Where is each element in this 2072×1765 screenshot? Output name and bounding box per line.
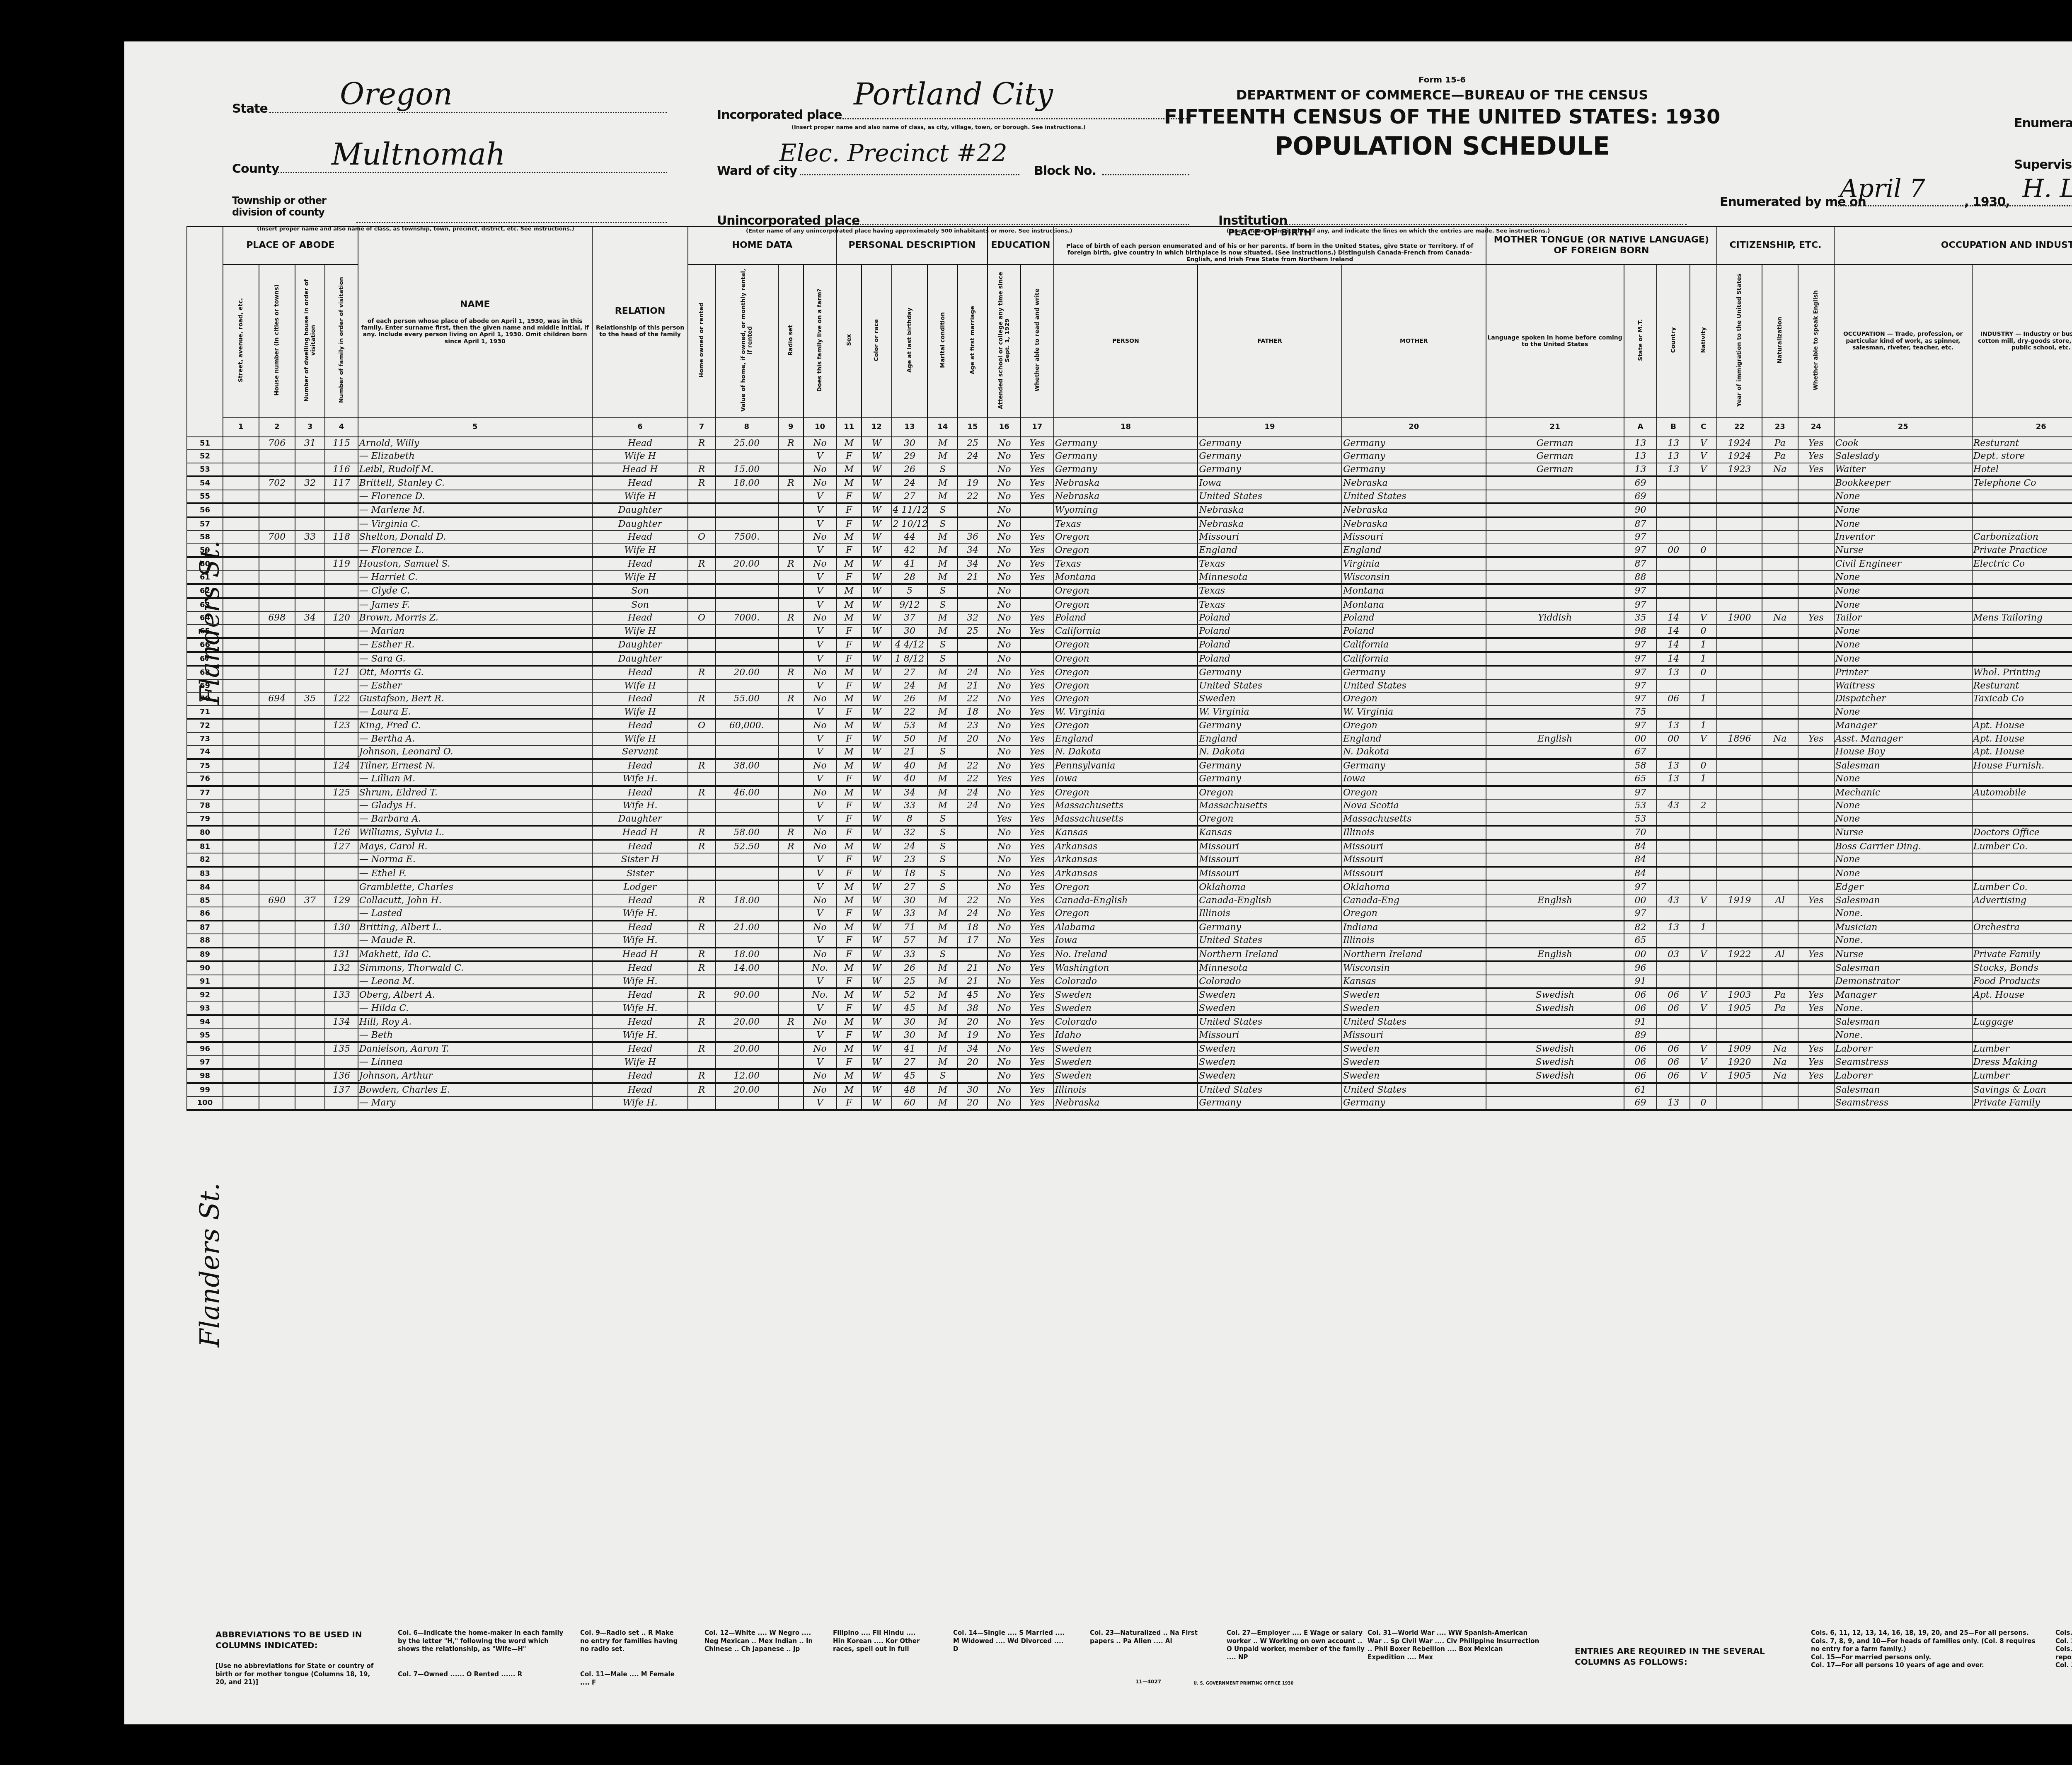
entries-left: Cols. 6, 11, 12, 13, 14, 16, 18, 19, 20,… [1811, 1629, 2043, 1670]
cell-farm: No [804, 921, 837, 934]
table-row: 99137Bowden, Charles E.HeadR20.00NoMW48M… [187, 1083, 2072, 1097]
cell-rw: Yes [1021, 1056, 1054, 1069]
cell-farm: V [804, 1096, 837, 1110]
cell-race: W [862, 490, 891, 504]
cell-bp: Wyoming [1054, 503, 1198, 517]
cell-age: 27 [892, 880, 928, 894]
cell-own [688, 745, 715, 759]
cell-st [223, 907, 259, 921]
cell-ind: Doctors Office [1972, 826, 2072, 840]
cell-val [715, 1096, 778, 1110]
cell-fbp: Germany [1198, 921, 1342, 934]
cell-rel: Head [592, 786, 688, 800]
cell-house [259, 1029, 295, 1043]
cell-radio: R [778, 692, 804, 706]
cell-dw [295, 1015, 325, 1029]
cell-sch: No [988, 853, 1021, 867]
cell-fbp: N. Dakota [1198, 745, 1342, 759]
cell-own: O [688, 531, 715, 544]
cell-fm [958, 598, 988, 612]
cell-lang [1486, 719, 1624, 732]
table-row: 79— Barbara A.DaughterVFW8SYesYesMassach… [187, 812, 2072, 826]
cell-b [1657, 907, 1690, 921]
cell-st [223, 772, 259, 786]
cell-lang [1486, 1015, 1624, 1029]
cell-dw: 31 [295, 437, 325, 450]
cell-mbp: Oregon [1342, 692, 1486, 706]
cell-lang [1486, 652, 1624, 666]
cell-mbp: Germany [1342, 450, 1486, 463]
cell-farm: No [804, 476, 837, 490]
cell-occ: Nurse [1834, 544, 1972, 558]
table-row: 95— BethWife H.VFW30M19NoYesIdahoMissour… [187, 1029, 2072, 1043]
cell-mar: M [927, 719, 957, 732]
cell-rw: Yes [1021, 692, 1054, 706]
cell-fam [325, 880, 358, 894]
township-line [356, 222, 667, 223]
cell-rw: Yes [1021, 867, 1054, 881]
cell-name: — Mary [358, 1096, 592, 1110]
cell-c: 0 [1690, 544, 1717, 558]
table-row: 55— Florence D.Wife HVFW27M22NoYesNebras… [187, 490, 2072, 504]
cell-occ: None [1834, 598, 1972, 612]
cell-lang [1486, 921, 1624, 934]
cell-a: 06 [1624, 1042, 1657, 1056]
line-number: 70 [187, 692, 223, 706]
col-person-birth-header: PERSON [1054, 264, 1198, 418]
cell-fam [325, 598, 358, 612]
cell-race: W [862, 745, 891, 759]
cell-fam: 131 [325, 948, 358, 962]
cell-sch: No [988, 907, 1021, 921]
cell-fm: 21 [958, 679, 988, 693]
cell-occ: Laborer [1834, 1042, 1972, 1056]
cell-mar: M [927, 1029, 957, 1043]
cell-name: Hill, Roy A. [358, 1015, 592, 1029]
cell-fam: 136 [325, 1069, 358, 1083]
cell-radio [778, 921, 804, 934]
department: DEPARTMENT OF COMMERCE—BUREAU OF THE CEN… [1111, 87, 1774, 103]
cell-name: Brittell, Stanley C. [358, 476, 592, 490]
cell-sch: No [988, 826, 1021, 840]
col-first-marriage-header: Age at first marriage [958, 264, 988, 418]
table-row: 60119Houston, Samuel S.HeadR20.00RNoMW41… [187, 557, 2072, 571]
cell-sex: F [836, 907, 862, 921]
cell-sex: F [836, 679, 862, 693]
cell-b: 13 [1657, 772, 1690, 786]
cell-own: R [688, 948, 715, 962]
cell-fam [325, 812, 358, 826]
cell-rw: Yes [1021, 840, 1054, 853]
line-number: 65 [187, 625, 223, 638]
cell-fam [325, 584, 358, 598]
cell-rw: Yes [1021, 1069, 1054, 1083]
cell-mbp: Kansas [1342, 975, 1486, 989]
cell-nat [1762, 1015, 1798, 1029]
cell-val: 15.00 [715, 463, 778, 477]
cell-own [688, 1002, 715, 1016]
cell-fbp: Poland [1198, 611, 1342, 625]
cell-imm: 1909 [1717, 1042, 1762, 1056]
cell-rel: Head [592, 840, 688, 853]
cell-b [1657, 598, 1690, 612]
cell-mar: M [927, 531, 957, 544]
cell-lang [1486, 490, 1624, 504]
cell-house [259, 625, 295, 638]
cell-imm [1717, 666, 1762, 679]
enumerator-name: H. Leora Sidwell [2022, 174, 2072, 203]
col-family-header: Number of family in order of visitation [325, 264, 358, 418]
col-code-a-label: State or M.T. [1637, 319, 1644, 361]
line-number: 60 [187, 557, 223, 571]
cell-own [688, 450, 715, 463]
cell-sex: F [836, 1002, 862, 1016]
cell-mar: M [927, 1042, 957, 1056]
line-number: 80 [187, 826, 223, 840]
cell-val: 12.00 [715, 1069, 778, 1083]
column-number: 3 [295, 418, 325, 437]
cell-farm: No [804, 826, 837, 840]
cell-mar: M [927, 1096, 957, 1110]
cell-own: R [688, 1083, 715, 1097]
line-number: 81 [187, 840, 223, 853]
cell-rel: Daughter [592, 812, 688, 826]
cell-eng [1798, 745, 1834, 759]
cell-own: R [688, 826, 715, 840]
cell-sch: No [988, 490, 1021, 504]
cell-st [223, 961, 259, 975]
cell-dw [295, 961, 325, 975]
cell-sch: No [988, 1056, 1021, 1069]
cell-sch: No [988, 934, 1021, 948]
cell-radio [778, 907, 804, 921]
cell-fm: 22 [958, 894, 988, 907]
state-value: Oregon [340, 77, 453, 112]
cell-ind [1972, 1029, 2072, 1043]
cell-dw: 37 [295, 894, 325, 907]
cell-val [715, 907, 778, 921]
cell-rw: Yes [1021, 1002, 1054, 1016]
cell-nat [1762, 625, 1798, 638]
cell-st [223, 706, 259, 719]
cell-nat [1762, 652, 1798, 666]
cell-a: 69 [1624, 1096, 1657, 1110]
cell-imm: 1905 [1717, 1002, 1762, 1016]
cell-ind: Lumber Co. [1972, 840, 2072, 853]
line-number: 51 [187, 437, 223, 450]
cell-age: 26 [892, 961, 928, 975]
cell-radio [778, 503, 804, 517]
cell-lang [1486, 571, 1624, 584]
cell-eng: Yes [1798, 437, 1834, 450]
cell-fam [325, 1096, 358, 1110]
line-number: 79 [187, 812, 223, 826]
table-row: 68121Ott, Morris G.HeadR20.00RNoMW27M24N… [187, 666, 2072, 679]
cell-house [259, 745, 295, 759]
cell-mbp: Nebraska [1342, 503, 1486, 517]
cell-age: 71 [892, 921, 928, 934]
cell-lang [1486, 557, 1624, 571]
cell-radio [778, 638, 804, 652]
cell-sex: M [836, 1015, 862, 1029]
cell-mbp: Germany [1342, 1096, 1486, 1110]
birth-note: Place of birth of each person enumerated… [1055, 243, 1485, 263]
cell-age: 27 [892, 490, 928, 504]
cell-fam [325, 679, 358, 693]
cell-imm [1717, 679, 1762, 693]
cell-a: 58 [1624, 759, 1657, 773]
cell-farm: V [804, 1056, 837, 1069]
cell-c: V [1690, 463, 1717, 477]
cell-radio [778, 961, 804, 975]
cell-radio [778, 531, 804, 544]
cell-dw [295, 1002, 325, 1016]
cell-dw [295, 772, 325, 786]
cell-a: 91 [1624, 1015, 1657, 1029]
cell-dw [295, 1056, 325, 1069]
column-number: 23 [1762, 418, 1798, 437]
cell-house [259, 584, 295, 598]
cell-b [1657, 503, 1690, 517]
cell-bp: Iowa [1054, 772, 1198, 786]
cell-occ: None [1834, 812, 1972, 826]
line-number: 95 [187, 1029, 223, 1043]
cell-own [688, 679, 715, 693]
cell-bp: Washington [1054, 961, 1198, 975]
cell-dw [295, 826, 325, 840]
cell-nat [1762, 719, 1798, 732]
cell-age: 27 [892, 666, 928, 679]
entries-1: Cols. 6, 11, 12, 13, 14, 16, 18, 19, 20,… [1811, 1629, 2043, 1637]
cell-nat [1762, 1096, 1798, 1110]
cell-eng [1798, 975, 1834, 989]
cell-mar: S [927, 853, 957, 867]
cell-dw [295, 934, 325, 948]
cell-own: R [688, 840, 715, 853]
cell-ind [1972, 853, 2072, 867]
cell-fbp: Sweden [1198, 1069, 1342, 1083]
cell-c [1690, 517, 1717, 531]
cell-rel: Wife H [592, 625, 688, 638]
cell-race: W [862, 611, 891, 625]
cell-a: 13 [1624, 463, 1657, 477]
cell-ind [1972, 867, 2072, 881]
cell-mbp: Wisconsin [1342, 961, 1486, 975]
cell-b: 13 [1657, 719, 1690, 732]
group-place-of-birth: PLACE OF BIRTHPlace of birth of each per… [1054, 226, 1486, 264]
cell-radio [778, 786, 804, 800]
cell-nat [1762, 598, 1798, 612]
cell-val [715, 1029, 778, 1043]
cell-rw: Yes [1021, 1042, 1054, 1056]
cell-occ: Seamstress [1834, 1056, 1972, 1069]
cell-imm [1717, 706, 1762, 719]
cell-race: W [862, 880, 891, 894]
cell-fm: 23 [958, 719, 988, 732]
cell-mar: M [927, 1015, 957, 1029]
cell-a: 65 [1624, 934, 1657, 948]
cell-fam [325, 934, 358, 948]
cell-race: W [862, 732, 891, 746]
cell-ind: Orchestra [1972, 921, 2072, 934]
cell-mar: M [927, 786, 957, 800]
cell-mbp: Germany [1342, 759, 1486, 773]
cell-race: W [862, 1042, 891, 1056]
cell-fm: 17 [958, 934, 988, 948]
cell-mar: M [927, 476, 957, 490]
cell-c [1690, 853, 1717, 867]
cell-dw [295, 490, 325, 504]
cell-eng [1798, 1029, 1834, 1043]
cell-val: 52.50 [715, 840, 778, 853]
cell-bp: Nebraska [1054, 1096, 1198, 1110]
cell-b [1657, 476, 1690, 490]
col-first-marriage-label: Age at first marriage [969, 306, 976, 374]
cell-mar: M [927, 571, 957, 584]
cell-mar: M [927, 1002, 957, 1016]
cell-age: 45 [892, 1002, 928, 1016]
cell-rel: Head [592, 961, 688, 975]
cell-imm [1717, 880, 1762, 894]
cell-sex: M [836, 786, 862, 800]
col-father-birth-header: FATHER [1198, 264, 1342, 418]
cell-ind [1972, 625, 2072, 638]
cell-mar: M [927, 907, 957, 921]
cell-sch: No [988, 759, 1021, 773]
cell-sex: F [836, 1029, 862, 1043]
cell-dw [295, 584, 325, 598]
cell-sch: No [988, 666, 1021, 679]
cell-fm: 19 [958, 476, 988, 490]
cell-occ: Laborer [1834, 1069, 1972, 1083]
cell-dw [295, 544, 325, 558]
cell-bp: Oregon [1054, 584, 1198, 598]
cell-st [223, 544, 259, 558]
cell-age: 48 [892, 1083, 928, 1097]
cell-dw [295, 706, 325, 719]
cell-fm: 25 [958, 437, 988, 450]
cell-sch: No [988, 745, 1021, 759]
cell-sch: No [988, 503, 1021, 517]
cell-house [259, 1096, 295, 1110]
cell-house [259, 867, 295, 881]
cell-b: 06 [1657, 1056, 1690, 1069]
cell-mar: M [927, 625, 957, 638]
cell-eng [1798, 880, 1834, 894]
cell-bp: Alabama [1054, 921, 1198, 934]
cell-fam: 129 [325, 894, 358, 907]
cell-lang: English [1486, 948, 1624, 962]
cell-nat [1762, 1083, 1798, 1097]
cell-val: 14.00 [715, 961, 778, 975]
cell-sch: No [988, 437, 1021, 450]
cell-val [715, 625, 778, 638]
cell-imm [1717, 799, 1762, 812]
cell-farm: No [804, 1015, 837, 1029]
cell-dw [295, 799, 325, 812]
cell-fbp: Texas [1198, 584, 1342, 598]
cell-c [1690, 1083, 1717, 1097]
cell-bp: Massachusetts [1054, 812, 1198, 826]
cell-fam [325, 732, 358, 746]
cell-sch: No [988, 840, 1021, 853]
entries-3: Col. 15—For married persons only. [1811, 1653, 2043, 1662]
cell-ind [1972, 503, 2072, 517]
cell-nat: Na [1762, 611, 1798, 625]
table-row: 88— Maude R.Wife H.VFW57M17NoYesIowaUnit… [187, 934, 2072, 948]
cell-radio [778, 948, 804, 962]
cell-farm: V [804, 679, 837, 693]
column-number-row: 123456789101112131415161718192021ABC2223… [187, 418, 2072, 437]
cell-own: R [688, 786, 715, 800]
cell-house [259, 988, 295, 1002]
cell-ind: Private Family [1972, 948, 2072, 962]
cell-fbp: United States [1198, 1083, 1342, 1097]
line-number: 94 [187, 1015, 223, 1029]
cell-house [259, 706, 295, 719]
cell-fam: 125 [325, 786, 358, 800]
line-number: 69 [187, 679, 223, 693]
cell-val: 7000. [715, 611, 778, 625]
cell-fbp: Sweden [1198, 1042, 1342, 1056]
col-immigration-header: Year of immigration to the United States [1717, 264, 1762, 418]
cell-sex: M [836, 463, 862, 477]
cell-sex: M [836, 557, 862, 571]
cell-lang [1486, 692, 1624, 706]
cell-farm: No [804, 463, 837, 477]
cell-race: W [862, 894, 891, 907]
cell-nat: Na [1762, 463, 1798, 477]
cell-eng [1798, 692, 1834, 706]
table-row: 67— Sara G.DaughterVFW1 8/12SNoOregonPol… [187, 652, 2072, 666]
cell-rel: Wife H [592, 450, 688, 463]
cell-fbp: Oklahoma [1198, 880, 1342, 894]
cell-mbp: Sweden [1342, 1069, 1486, 1083]
cell-b [1657, 961, 1690, 975]
cell-imm [1717, 921, 1762, 934]
cell-lang [1486, 934, 1624, 948]
cell-ind: Apt. House [1972, 745, 2072, 759]
cell-radio [778, 706, 804, 719]
cell-eng: Yes [1798, 988, 1834, 1002]
cell-rel: Head [592, 988, 688, 1002]
cell-sex: M [836, 531, 862, 544]
cell-sch: No [988, 975, 1021, 989]
cell-name: Johnson, Leonard O. [358, 745, 592, 759]
cell-fbp: Massachusetts [1198, 799, 1342, 812]
cell-mbp: United States [1342, 490, 1486, 504]
cell-farm: V [804, 812, 837, 826]
cell-name: Johnson, Arthur [358, 1069, 592, 1083]
cell-name: Ott, Morris G. [358, 666, 592, 679]
cell-rw: Yes [1021, 894, 1054, 907]
cell-ind: Whol. Printing [1972, 666, 2072, 679]
cell-eng [1798, 934, 1834, 948]
cell-imm [1717, 490, 1762, 504]
cell-mbp: Missouri [1342, 1029, 1486, 1043]
column-number: 22 [1717, 418, 1762, 437]
cell-fm [958, 638, 988, 652]
cell-sch: No [988, 679, 1021, 693]
cell-name: — Bertha A. [358, 732, 592, 746]
cell-eng: Yes [1798, 611, 1834, 625]
cell-radio [778, 894, 804, 907]
cell-bp: Poland [1054, 611, 1198, 625]
cell-rw: Yes [1021, 880, 1054, 894]
cell-b: 13 [1657, 450, 1690, 463]
column-number: C [1690, 418, 1717, 437]
cell-dw [295, 1069, 325, 1083]
